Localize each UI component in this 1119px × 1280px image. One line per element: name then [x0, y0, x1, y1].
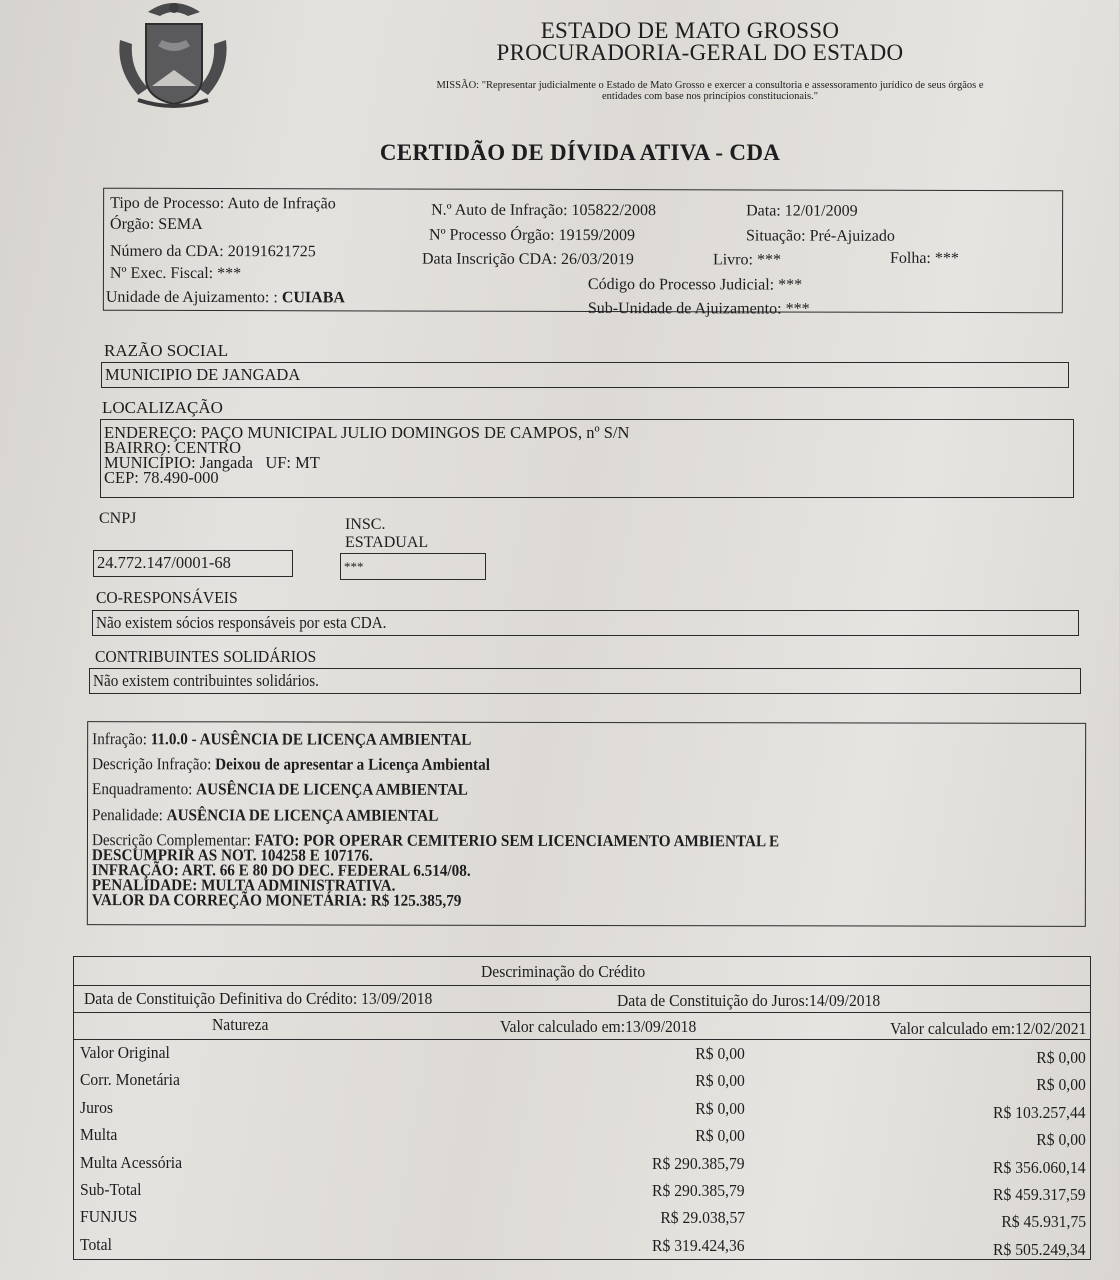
process-info-box: Tipo de Processo: Auto de Infração Órgão…	[103, 188, 1063, 314]
row-natureza: Corr. Monetária	[80, 1070, 180, 1090]
infracao-line: Infração: 11.0.0 - AUSÊNCIA DE LICENÇA A…	[92, 729, 471, 750]
row-valor-2018: R$ 319.424,36	[652, 1236, 745, 1256]
descricao-complementar: Descrição Complementar: FATO: POR OPERAR…	[92, 832, 779, 908]
col-natureza: Natureza	[212, 1015, 268, 1035]
infracao-box: Infração: 11.0.0 - AUSÊNCIA DE LICENÇA A…	[87, 721, 1086, 927]
orgao: Órgão: SEMA	[110, 216, 203, 234]
row-valor-2021: R$ 0,00	[1036, 1048, 1086, 1068]
divider	[74, 1012, 1090, 1013]
row-valor-2018: R$ 0,00	[695, 1126, 745, 1146]
row-valor-2018: R$ 29.038,57	[660, 1208, 745, 1228]
row-valor-2021: R$ 0,00	[1036, 1075, 1086, 1095]
agency-name: PROCURADORIA-GERAL DO ESTADO	[440, 40, 960, 66]
cnpj-value: 24.772.147/0001-68	[97, 553, 231, 572]
situacao: Situação: Pré-Ajuizado	[746, 227, 895, 245]
localizacao-label: LOCALIZAÇÃO	[102, 398, 223, 418]
cep: CEP: 78.490-000	[104, 470, 1070, 485]
cnpj-label: CNPJ	[99, 510, 136, 528]
co-responsaveis-label: CO-RESPONSÁVEIS	[96, 588, 238, 608]
credito-table: Descriminação do Crédito Data de Constit…	[73, 956, 1091, 1260]
unidade-ajuizamento: Unidade de Ajuizamento: : CUIABA	[106, 289, 345, 308]
mission-label: MISSÃO:	[436, 80, 479, 91]
descricao-infracao-line: Descrição Infração: Deixou de apresentar…	[92, 754, 490, 775]
contribuintes-solidarios-value: Não existem contribuintes solidários.	[93, 671, 319, 691]
document-title: CERTIDÃO DE DÍVIDA ATIVA - CDA	[300, 140, 860, 166]
mission-line1: "Representar judicialmente o Estado de M…	[482, 80, 984, 91]
folha: Folha: ***	[890, 250, 959, 268]
processo-orgao: Nº Processo Órgão: 19159/2009	[429, 227, 635, 246]
enquadramento-line: Enquadramento: AUSÊNCIA DE LICENÇA AMBIE…	[92, 779, 468, 800]
row-valor-2018: R$ 0,00	[695, 1071, 745, 1091]
contribuintes-solidarios-label: CONTRIBUINTES SOLIDÁRIOS	[95, 647, 316, 667]
data-constituicao-juros: Data de Constituição do Juros:14/09/2018	[617, 991, 880, 1011]
livro: Livro: ***	[713, 251, 781, 269]
numero-cda: Número da CDA: 20191621725	[110, 243, 316, 262]
row-valor-2021: R$ 505.249,34	[993, 1240, 1086, 1260]
row-valor-2021: R$ 0,00	[1036, 1130, 1086, 1150]
cnpj-field: 24.772.147/0001-68	[93, 550, 293, 577]
credito-title: Descriminação do Crédito	[481, 962, 645, 982]
col-valor-2018: Valor calculado em:13/09/2018	[500, 1017, 696, 1037]
data-inscricao: Data Inscrição CDA: 26/03/2019	[422, 251, 634, 270]
unidade-value: CUIABA	[282, 289, 345, 306]
row-natureza: Valor Original	[80, 1043, 170, 1063]
row-natureza: Juros	[80, 1098, 113, 1118]
row-natureza: Sub-Total	[80, 1180, 141, 1200]
tipo-processo: Tipo de Processo: Auto de Infração	[110, 195, 336, 214]
coat-of-arms-icon	[108, 0, 238, 110]
row-valor-2018: R$ 0,00	[695, 1044, 745, 1064]
contribuintes-solidarios-field: Não existem contribuintes solidários.	[89, 668, 1081, 694]
endereco: ENDEREÇO: PAÇO MUNICIPAL JULIO DOMINGOS …	[104, 425, 1070, 440]
row-natureza: Multa	[80, 1125, 117, 1145]
divider	[74, 985, 1090, 986]
insc-estadual-label: INSC.ESTADUAL	[345, 516, 428, 552]
sub-unidade-ajuizamento: Sub-Unidade de Ajuizamento: ***	[588, 300, 810, 319]
mission-line2: entidades com base nos princípios consti…	[370, 91, 1050, 102]
data-constituicao-credito: Data de Constituição Definitiva do Crédi…	[84, 989, 432, 1009]
localizacao-field: ENDEREÇO: PAÇO MUNICIPAL JULIO DOMINGOS …	[100, 419, 1074, 498]
data: Data: 12/01/2009	[746, 202, 858, 220]
row-natureza: FUNJUS	[80, 1207, 137, 1227]
razao-social-value: MUNICIPIO DE JANGADA	[105, 365, 300, 384]
codigo-processo-judicial: Código do Processo Judicial: ***	[588, 276, 802, 295]
divider	[74, 1039, 1090, 1040]
razao-social-field: MUNICIPIO DE JANGADA	[101, 362, 1069, 388]
col-valor-2021: Valor calculado em:12/02/2021	[890, 1019, 1086, 1039]
row-valor-2021: R$ 103.257,44	[993, 1103, 1086, 1123]
penalidade-line: Penalidade: AUSÊNCIA DE LICENÇA AMBIENTA…	[92, 805, 438, 826]
row-valor-2021: R$ 356.060,14	[993, 1158, 1086, 1178]
insc-estadual-field: ***	[340, 553, 486, 580]
co-responsaveis-value: Não existem sócios responsáveis por esta…	[96, 613, 386, 633]
co-responsaveis-field: Não existem sócios responsáveis por esta…	[92, 610, 1079, 636]
insc-estadual-value: ***	[344, 559, 364, 574]
row-valor-2018: R$ 0,00	[695, 1099, 745, 1119]
row-valor-2021: R$ 45.931,75	[1001, 1212, 1086, 1232]
municipio-uf: MUNICÍPIO: Jangada UF: MT	[104, 455, 1070, 470]
auto-infracao: N.º Auto de Infração: 105822/2008	[431, 202, 656, 221]
exec-fiscal: Nº Exec. Fiscal: ***	[110, 265, 241, 283]
row-valor-2018: R$ 290.385,79	[652, 1154, 745, 1174]
row-natureza: Multa Acessória	[80, 1153, 182, 1173]
mission-statement: MISSÃO: "Representar judicialmente o Est…	[370, 80, 1050, 102]
razao-social-label: RAZÃO SOCIAL	[104, 341, 228, 361]
row-valor-2021: R$ 459.317,59	[993, 1185, 1086, 1205]
row-valor-2018: R$ 290.385,79	[652, 1181, 745, 1201]
row-natureza: Total	[80, 1235, 112, 1255]
